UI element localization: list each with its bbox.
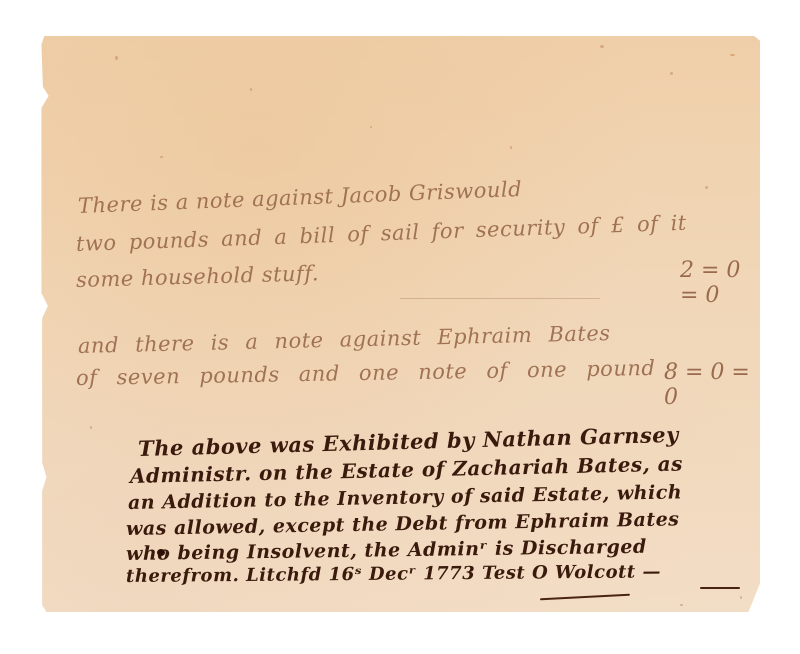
stage: There is a note against Jacob Griswould … xyxy=(0,0,800,654)
signature-trailing-dash xyxy=(700,587,740,589)
foxing-speck xyxy=(680,604,683,606)
amount-ephraim-bates: 8 = 0 = 0 xyxy=(664,360,760,410)
foxing-speck xyxy=(730,54,735,56)
foxing-speck xyxy=(160,156,163,158)
upper-line-5: of seven pounds and one note of one poun… xyxy=(76,356,656,390)
foxing-speck xyxy=(600,45,604,48)
upper-line-3: some household stuff. xyxy=(76,261,320,292)
ink-blot xyxy=(157,549,165,556)
signature-underline-flourish xyxy=(540,594,630,601)
manuscript-paper: There is a note against Jacob Griswould … xyxy=(40,36,760,612)
foxing-speck xyxy=(705,186,708,189)
upper-line-4: and there is a note against Ephraim Bate… xyxy=(78,321,611,358)
upper-line-2: two pounds and a bill of sail for securi… xyxy=(76,211,688,256)
amount-jacob-griswould: 2 = 0 = 0 xyxy=(680,258,760,308)
lower-line-6-with-signature: therefrom. Litchfd 16ˢ Decʳ 1773 Test O … xyxy=(126,561,661,587)
foxing-speck xyxy=(250,88,252,91)
foxing-speck xyxy=(90,426,92,429)
foxing-speck xyxy=(115,56,118,60)
foxing-speck xyxy=(370,126,372,128)
lower-line-5: who being Insolvent, the Adminʳ is Disch… xyxy=(126,536,647,565)
ruled-line xyxy=(400,298,600,299)
lower-line-4: was allowed, except the Debt from Ephrai… xyxy=(126,508,680,540)
upper-line-1: There is a note against Jacob Griswould xyxy=(78,177,523,218)
foxing-speck xyxy=(670,72,673,75)
foxing-speck xyxy=(510,146,512,149)
foxing-speck xyxy=(740,596,742,599)
